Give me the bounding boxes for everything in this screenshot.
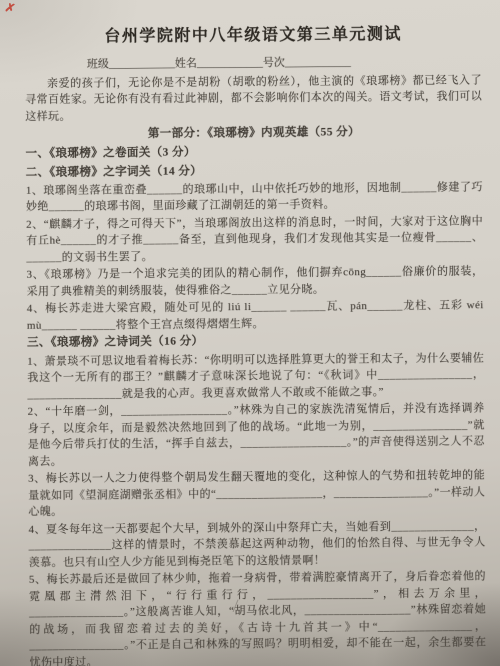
student-info-line: 班级____________姓名____________号次__________… <box>87 53 482 73</box>
section3-question-4: 4、夏冬每年这一天都要起个大早，到城外的深山中祭拜亡夫，当她看到________… <box>28 518 485 571</box>
section2-question-3: 3、《琅琊榜》乃是一个追求完美的团队的精心制作，他们摒弃cōng______俗廉… <box>26 263 483 300</box>
part1-heading: 第一部分：《琅琊榜》内观英雄（55 分） <box>25 123 482 144</box>
section2-heading: 二、《琅琊榜》之字词关（14 分） <box>26 161 483 182</box>
exam-intro: 亲爱的孩子们，无论你是不是胡粉（胡歌的粉丝），他主演的《琅琊榜》都已经飞入了寻常… <box>25 72 482 125</box>
section3-question-2: 2、“十年磨一剑，__________________。”林殊为自己的家族洗清冤… <box>27 400 485 470</box>
exam-sheet: 台州学院附中八年级语文第三单元测试 班级____________姓名______… <box>24 18 486 666</box>
exam-title: 台州学院附中八年级语文第三单元测试 <box>25 22 482 50</box>
red-pen-mark: ✗ <box>3 0 16 17</box>
section3-heading: 三、《琅琊榜》之诗词关（16 分） <box>27 331 484 352</box>
section2-question-1: 1、琅琊阁坐落在重峦叠______的琅琊山中，山中依托巧妙的地形，因地制____… <box>26 179 483 216</box>
section3-question-3: 3、梅长苏以一人之力使得整个朝局发生翻天覆地的变化，这种惊人的气势和扭转乾坤的能… <box>28 467 485 520</box>
section1-heading: 一、《琅琊榜》之卷面关（3 分） <box>25 142 482 163</box>
section3-question-1: 1、萧景琰不可思议地看着梅长苏：“你明明可以选择胜算更大的誉王和太子，为什么要辅… <box>27 350 484 403</box>
section2-question-4: 4、梅长苏走进大梁宫殿，随处可见的 liú li______ ______瓦、p… <box>27 297 484 334</box>
exam-paper-photo: ✗ 台州学院附中八年级语文第三单元测试 班级____________姓名____… <box>0 0 500 666</box>
section2-question-2: 2、“麒麟才子，得之可得天下”，当琅琊阁放出这样的消息时，一时间，大家对于这位胸… <box>26 213 483 266</box>
section3-question-5: 5、梅长苏最后还是做回了林少帅，拖着一身病骨，带着满腔豪情离开了，身后眷恋着他的… <box>29 568 487 666</box>
